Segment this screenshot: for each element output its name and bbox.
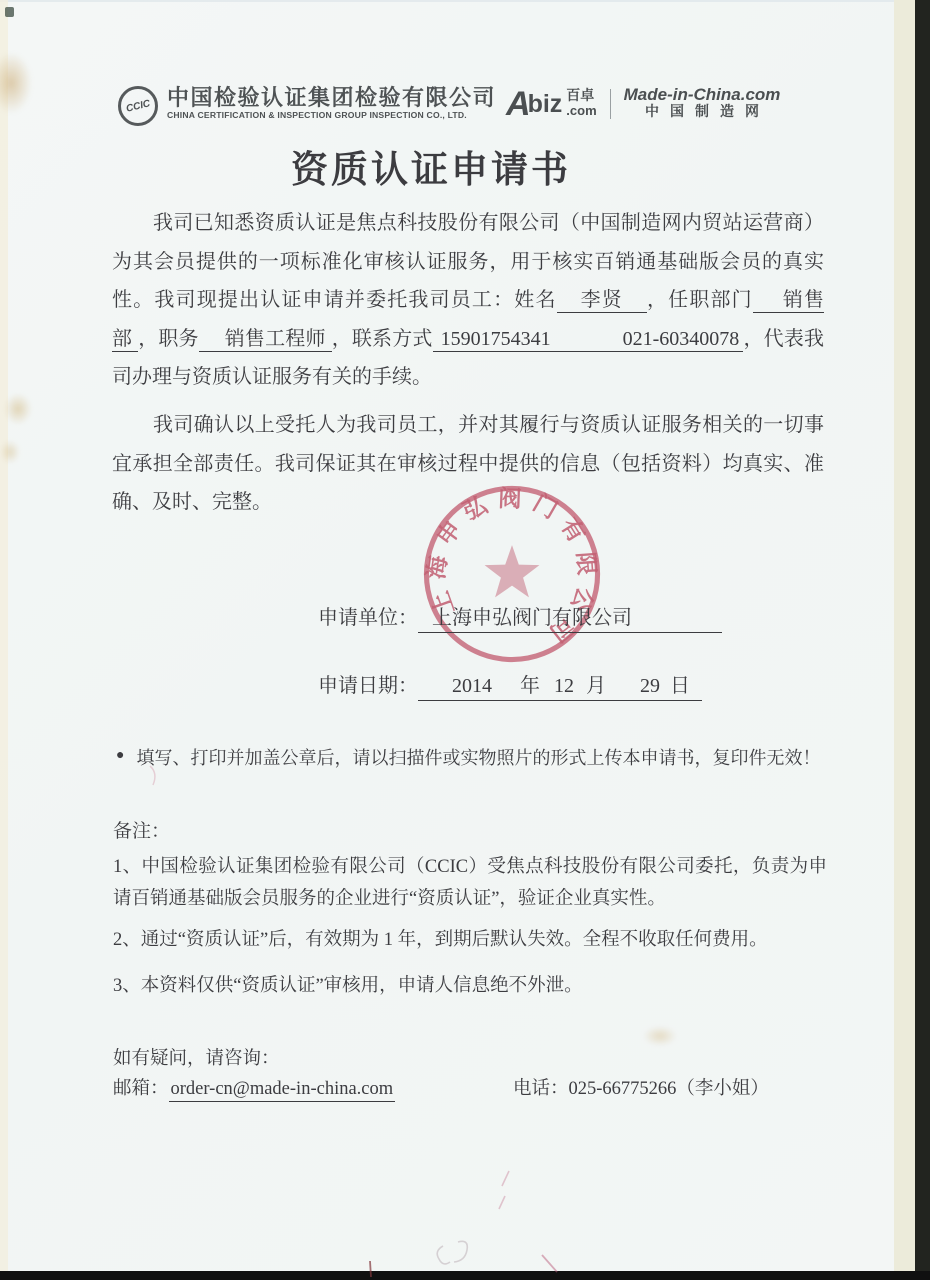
- abiz-biz-text: biz: [528, 91, 563, 117]
- made-in-china-logo: Made-in-China.com 中国制造网: [624, 86, 781, 121]
- contact-phone-number: 025-66775266（李小姐）: [569, 1079, 769, 1099]
- application-date-row: 申请日期：2014年12月29日: [318, 669, 702, 698]
- date-day: 29: [640, 675, 660, 697]
- p1-seg3: ，职务: [138, 328, 199, 350]
- contact-row: 邮箱：order-cn@made-in-china.com 电话：025-667…: [113, 1074, 830, 1100]
- remark-item-1: 1、中国检验认证集团检验有限公司（CCIC）受焦点科技股份有限公司委托，负责为申…: [113, 851, 827, 915]
- document-title: 资质认证申请书: [0, 139, 862, 193]
- upload-instruction: ● 填写、打印并加盖公章后，请以扫描件或实物照片的形式上传本申请书，复印件无效！: [116, 744, 828, 770]
- date-year: 2014: [452, 675, 492, 697]
- ccic-logo: CCIC 中国检验认证集团检验有限公司 CHINA CERTIFICATION …: [118, 86, 496, 126]
- date-month-unit: 月: [586, 675, 606, 697]
- applicant-value: 上海申弘阀门有限公司: [418, 607, 722, 633]
- p1-seg2: ，任职部门: [647, 289, 753, 311]
- applicant-label: 申请单位：: [318, 607, 418, 629]
- remarks-label: 备注：: [113, 816, 170, 843]
- upload-instruction-text: 填写、打印并加盖公章后，请以扫描件或实物照片的形式上传本申请书，复印件无效！: [136, 744, 820, 770]
- mic-name-cn: 中国制造网: [634, 104, 770, 121]
- phone-label: 电话：: [513, 1079, 569, 1099]
- logo-divider: [610, 89, 611, 119]
- date-month: 12: [554, 675, 574, 697]
- remark-item-3: 3、本资料仅供“资质认证”审核用，申请人信息绝不外泄。: [113, 970, 827, 1002]
- landline-number: 021-60340078: [623, 328, 740, 350]
- contact-email: order-cn@made-in-china.com: [169, 1079, 396, 1102]
- employee-name-field: 李贤: [557, 289, 647, 313]
- ccic-circle-icon: CCIC: [118, 86, 158, 126]
- ccic-icon-letters: CCIC: [125, 98, 151, 115]
- intro-paragraph: 我司已知悉资质认证是焦点科技股份有限公司（中国制造网内贸站运营商）为其会员提供的…: [112, 204, 824, 397]
- date-value: 2014年12月29日: [418, 675, 702, 701]
- remark-item-2: 2、通过“资质认证”后，有效期为 1 年，到期后默认失效。全程不收取任何费用。: [113, 924, 827, 956]
- mic-name-en: Made-in-China.com: [624, 86, 781, 103]
- date-label: 申请日期：: [318, 675, 418, 697]
- ccic-name-en: CHINA CERTIFICATION & INSPECTION GROUP I…: [167, 110, 496, 121]
- p1-seg4: ，联系方式: [332, 328, 433, 350]
- abiz-logo: A biz 百卓 .com: [506, 89, 597, 119]
- job-title-field: 销售工程师: [199, 328, 332, 352]
- contact-intro: 如有疑问，请咨询：: [113, 1044, 280, 1070]
- abiz-com-label: .com: [566, 104, 596, 118]
- contact-phone-field: 15901754341021-60340078: [433, 328, 744, 352]
- applicant-row: 申请单位：上海申弘阀门有限公司: [318, 601, 722, 630]
- email-label: 邮箱：: [113, 1079, 169, 1099]
- mobile-number: 15901754341: [441, 328, 551, 350]
- scanned-application-form: CCIC 中国检验认证集团检验有限公司 CHINA CERTIFICATION …: [0, 0, 930, 1280]
- partner-logos: A biz 百卓 .com Made-in-China.com 中国制造网: [506, 86, 780, 121]
- company-stamp: 上海申弘阀门有限公司: [419, 481, 605, 667]
- stamp-star: [485, 545, 540, 597]
- abiz-cn-label: 百卓: [566, 89, 596, 104]
- date-day-unit: 日: [670, 675, 690, 697]
- ccic-name-cn: 中国检验认证集团检验有限公司: [167, 86, 496, 110]
- date-year-unit: 年: [520, 675, 540, 697]
- bullet-icon: ●: [116, 744, 124, 770]
